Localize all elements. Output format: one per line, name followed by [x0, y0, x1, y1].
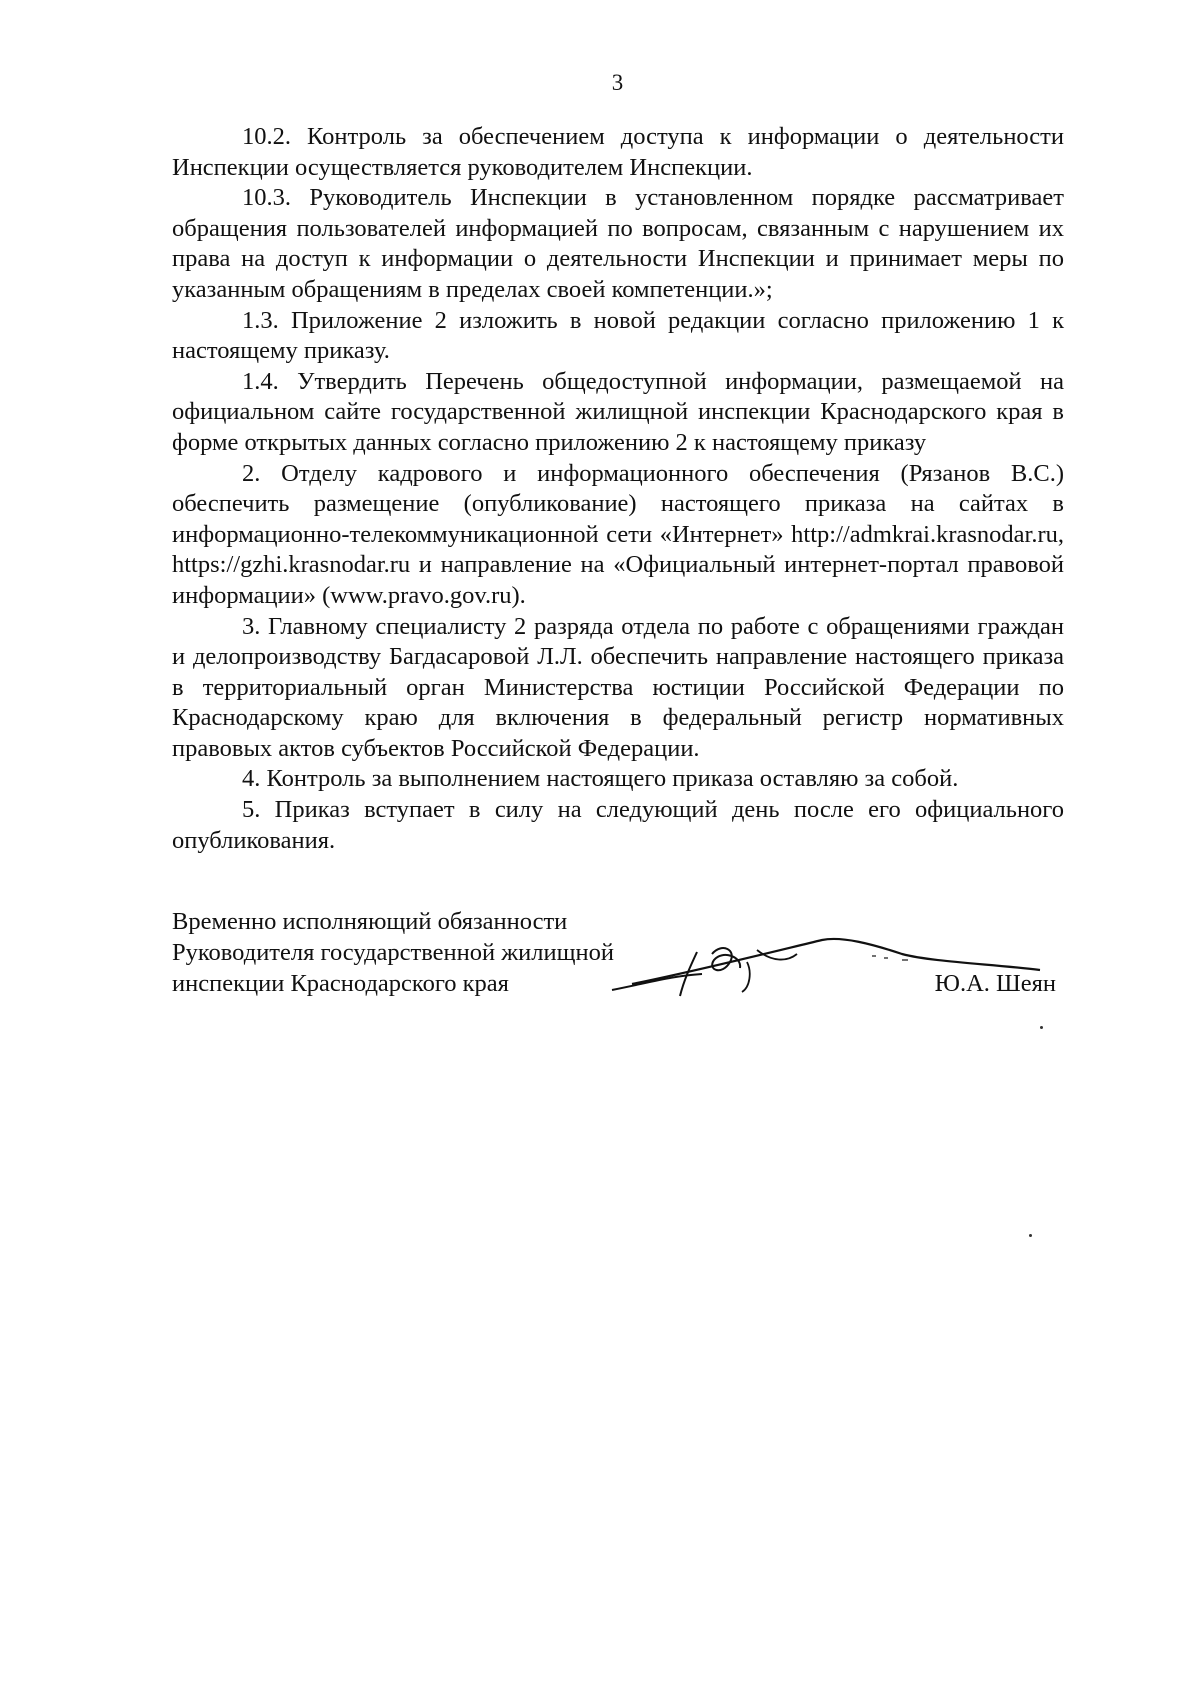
paragraph-3: 3. Главному специалисту 2 разряда отдела…	[172, 612, 1064, 765]
paragraph-4: 4. Контроль за выполнением настоящего пр…	[172, 764, 1064, 795]
page-number: 3	[0, 70, 1200, 96]
paragraph-10-3: 10.3. Руководитель Инспекции в установле…	[172, 183, 1064, 305]
paragraph-2: 2. Отделу кадрового и информационного об…	[172, 459, 1064, 612]
scan-artifact-dot	[1040, 1026, 1043, 1029]
paragraph-1-3: 1.3. Приложение 2 изложить в новой редак…	[172, 306, 1064, 367]
paragraph-5: 5. Приказ вступает в силу на следующий д…	[172, 795, 1064, 856]
scan-artifact-dot	[1029, 1234, 1032, 1237]
paragraph-1-4: 1.4. Утвердить Перечень общедоступной ин…	[172, 367, 1064, 459]
signature-block: Временно исполняющий обязанности Руковод…	[172, 906, 1064, 999]
document-body: 10.2. Контроль за обеспечением доступа к…	[172, 122, 1064, 856]
paragraph-10-2: 10.2. Контроль за обеспечением доступа к…	[172, 122, 1064, 183]
handwritten-signature-icon	[572, 932, 1042, 1002]
